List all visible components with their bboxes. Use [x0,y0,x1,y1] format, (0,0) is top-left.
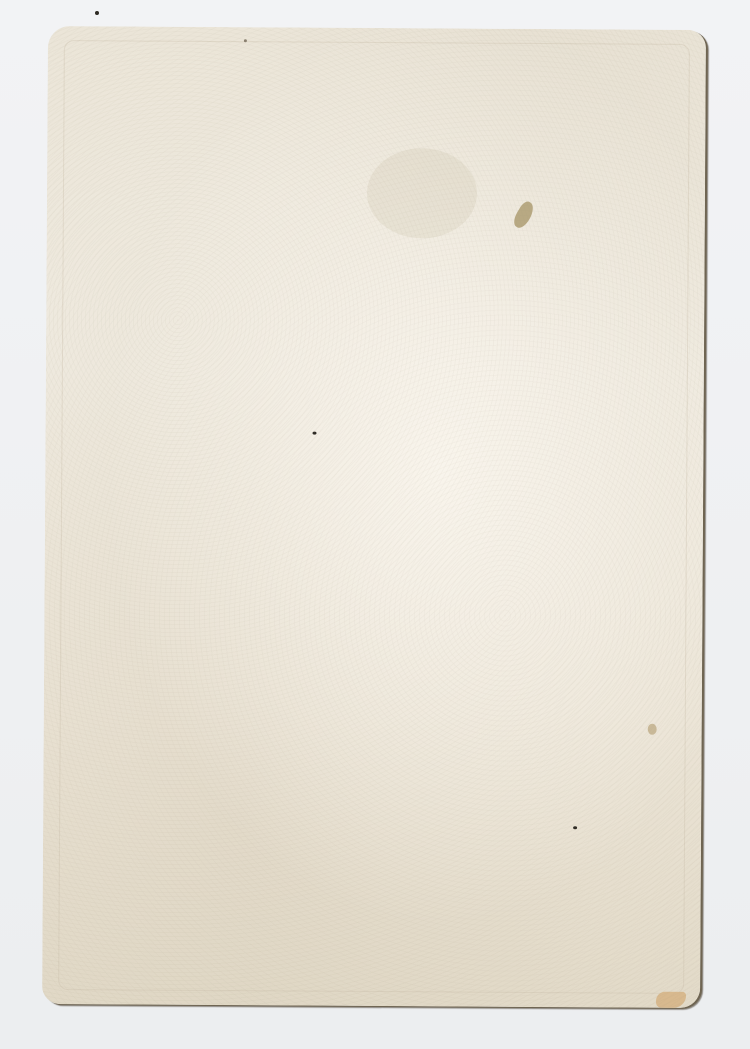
dust-speck [95,11,99,15]
small-spot [648,724,657,735]
chipped-corner [656,992,686,1008]
cabinet-card-back [42,26,706,1008]
dust-speck [244,39,247,42]
dust-speck [573,826,577,829]
faded-patch [367,148,478,239]
tan-stain [511,199,537,230]
dust-speck [313,432,317,435]
